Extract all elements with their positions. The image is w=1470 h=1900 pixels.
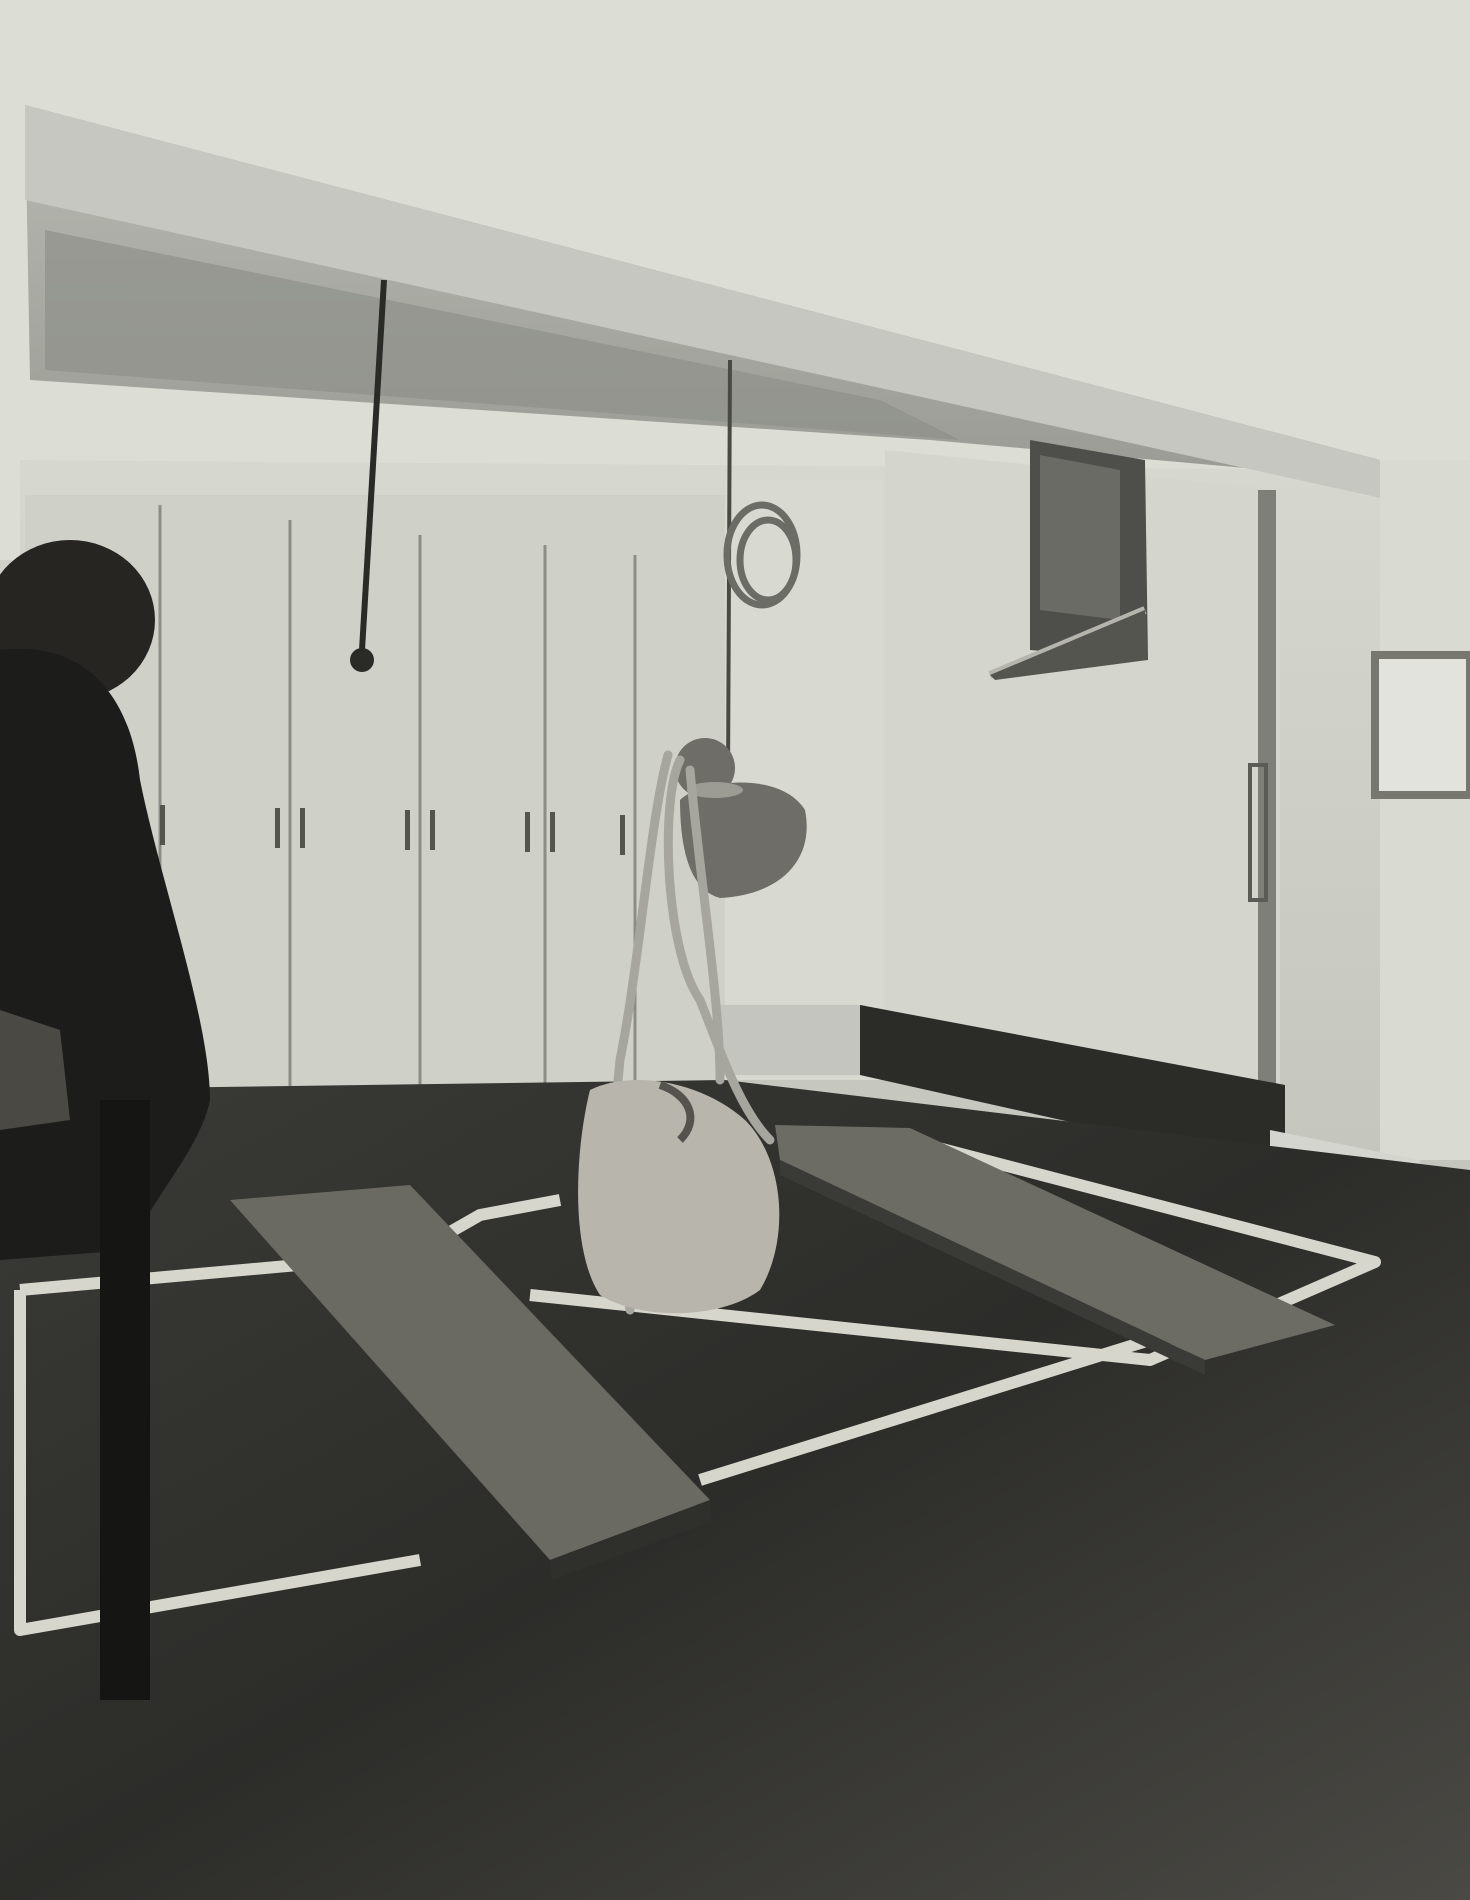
photo-scene: [0, 0, 1470, 1900]
pillar: [725, 480, 885, 1080]
rope-knot-left: [350, 648, 374, 672]
pillar-baseboard: [720, 1005, 865, 1075]
wall-panel-right: [1380, 460, 1470, 1160]
wall-sign: [1375, 655, 1470, 795]
installation-photograph: Black-and-white gallery installation pho…: [0, 0, 1470, 1900]
